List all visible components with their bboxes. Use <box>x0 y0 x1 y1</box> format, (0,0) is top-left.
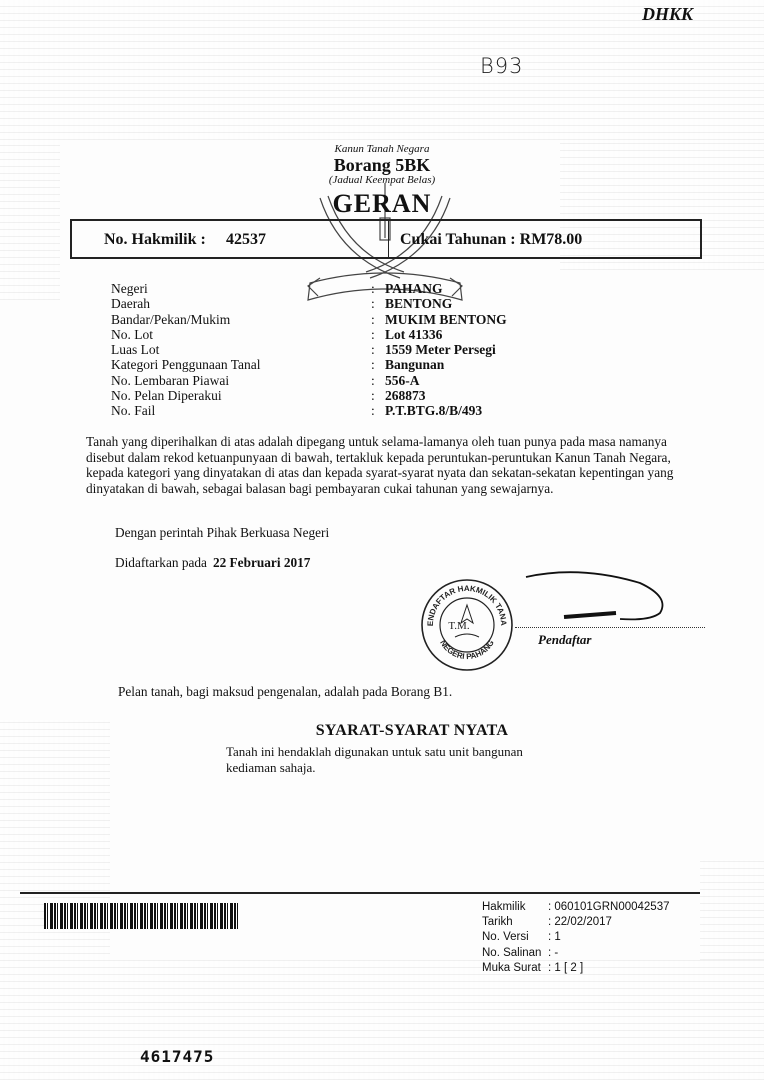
meta-row-hakmilik: Hakmilik: 060101GRN00042537 <box>482 900 670 915</box>
field-row-pelan: No. Pelan Diperakui:268873 <box>111 388 507 403</box>
registration-line: Didaftarkan pada22 Februari 2017 <box>115 555 310 571</box>
registrar-seal-icon: PENDAFTAR HAKMILIK TANAH NEGERI PAHANG T… <box>419 577 515 673</box>
annual-tax: Cukai Tahunan : RM78.00 <box>400 231 582 249</box>
meta-row-salinan: No. Salinan: - <box>482 946 670 961</box>
handwritten-reference: B93 <box>480 54 523 78</box>
registrar-signature <box>520 565 670 625</box>
registration-date: 22 Februari 2017 <box>213 555 311 570</box>
hakmilik-number: 42537 <box>226 231 266 249</box>
field-row-lot: No. Lot:Lot 41336 <box>111 327 507 342</box>
document-title: GERAN <box>0 189 764 219</box>
authority-line: Dengan perintah Pihak Berkuasa Negeri <box>115 525 329 541</box>
title-box: No. Hakmilik : 42537 Cukai Tahunan : RM7… <box>70 219 702 259</box>
field-row-lembaran: No. Lembaran Piawai:556-A <box>111 373 507 388</box>
field-row-kategori: Kategori Penggunaan Tanal:Bangunan <box>111 357 507 372</box>
svg-text:PENDAFTAR HAKMILIK TANAH: PENDAFTAR HAKMILIK TANAH <box>419 577 508 626</box>
meta-row-muka-surat: Muka Surat: 1 [ 2 ] <box>482 961 670 976</box>
field-row-daerah: Daerah:BENTONG <box>111 296 507 311</box>
title-box-divider <box>388 221 389 257</box>
svg-text:T.M.: T.M. <box>448 620 469 632</box>
signatory-title: Pendaftar <box>538 632 591 648</box>
corner-mark: DHKK <box>642 4 693 25</box>
registration-label: Didaftarkan pada <box>115 555 207 570</box>
footer-metadata: Hakmilik: 060101GRN00042537 Tarikh: 22/0… <box>482 900 670 976</box>
field-row-luas: Luas Lot:1559 Meter Persegi <box>111 342 507 357</box>
signature-line <box>515 627 705 628</box>
tenure-paragraph: Tanah yang diperihalkan di atas adalah d… <box>86 434 706 496</box>
conditions-text: Tanah ini hendaklah digunakan untuk satu… <box>226 744 556 776</box>
field-row-negeri: Negeri:PAHANG <box>111 281 507 296</box>
scan-noise-left-bottom <box>0 720 110 1080</box>
land-details: Negeri:PAHANG Daerah:BENTONG Bandar/Peka… <box>111 281 507 419</box>
footer-divider <box>20 892 700 894</box>
hakmilik-label: No. Hakmilik : <box>104 231 206 249</box>
conditions-heading: SYARAT-SYARAT NYATA <box>0 722 764 740</box>
scan-noise-right-bottom <box>700 860 764 960</box>
meta-row-tarikh: Tarikh: 22/02/2017 <box>482 915 670 930</box>
statute-name: Kanun Tanah Negara <box>0 143 764 155</box>
barcode <box>44 903 238 929</box>
field-row-fail: No. Fail:P.T.BTG.8/B/493 <box>111 403 507 418</box>
svg-text:NEGERI PAHANG: NEGERI PAHANG <box>438 638 496 661</box>
plan-note: Pelan tanah, bagi maksud pengenalan, ada… <box>118 684 452 700</box>
serial-number: 4617475 <box>140 1047 214 1066</box>
field-row-mukim: Bandar/Pekan/Mukim:MUKIM BENTONG <box>111 312 507 327</box>
form-name: Borang 5BK <box>0 155 764 176</box>
meta-row-versi: No. Versi: 1 <box>482 930 670 945</box>
